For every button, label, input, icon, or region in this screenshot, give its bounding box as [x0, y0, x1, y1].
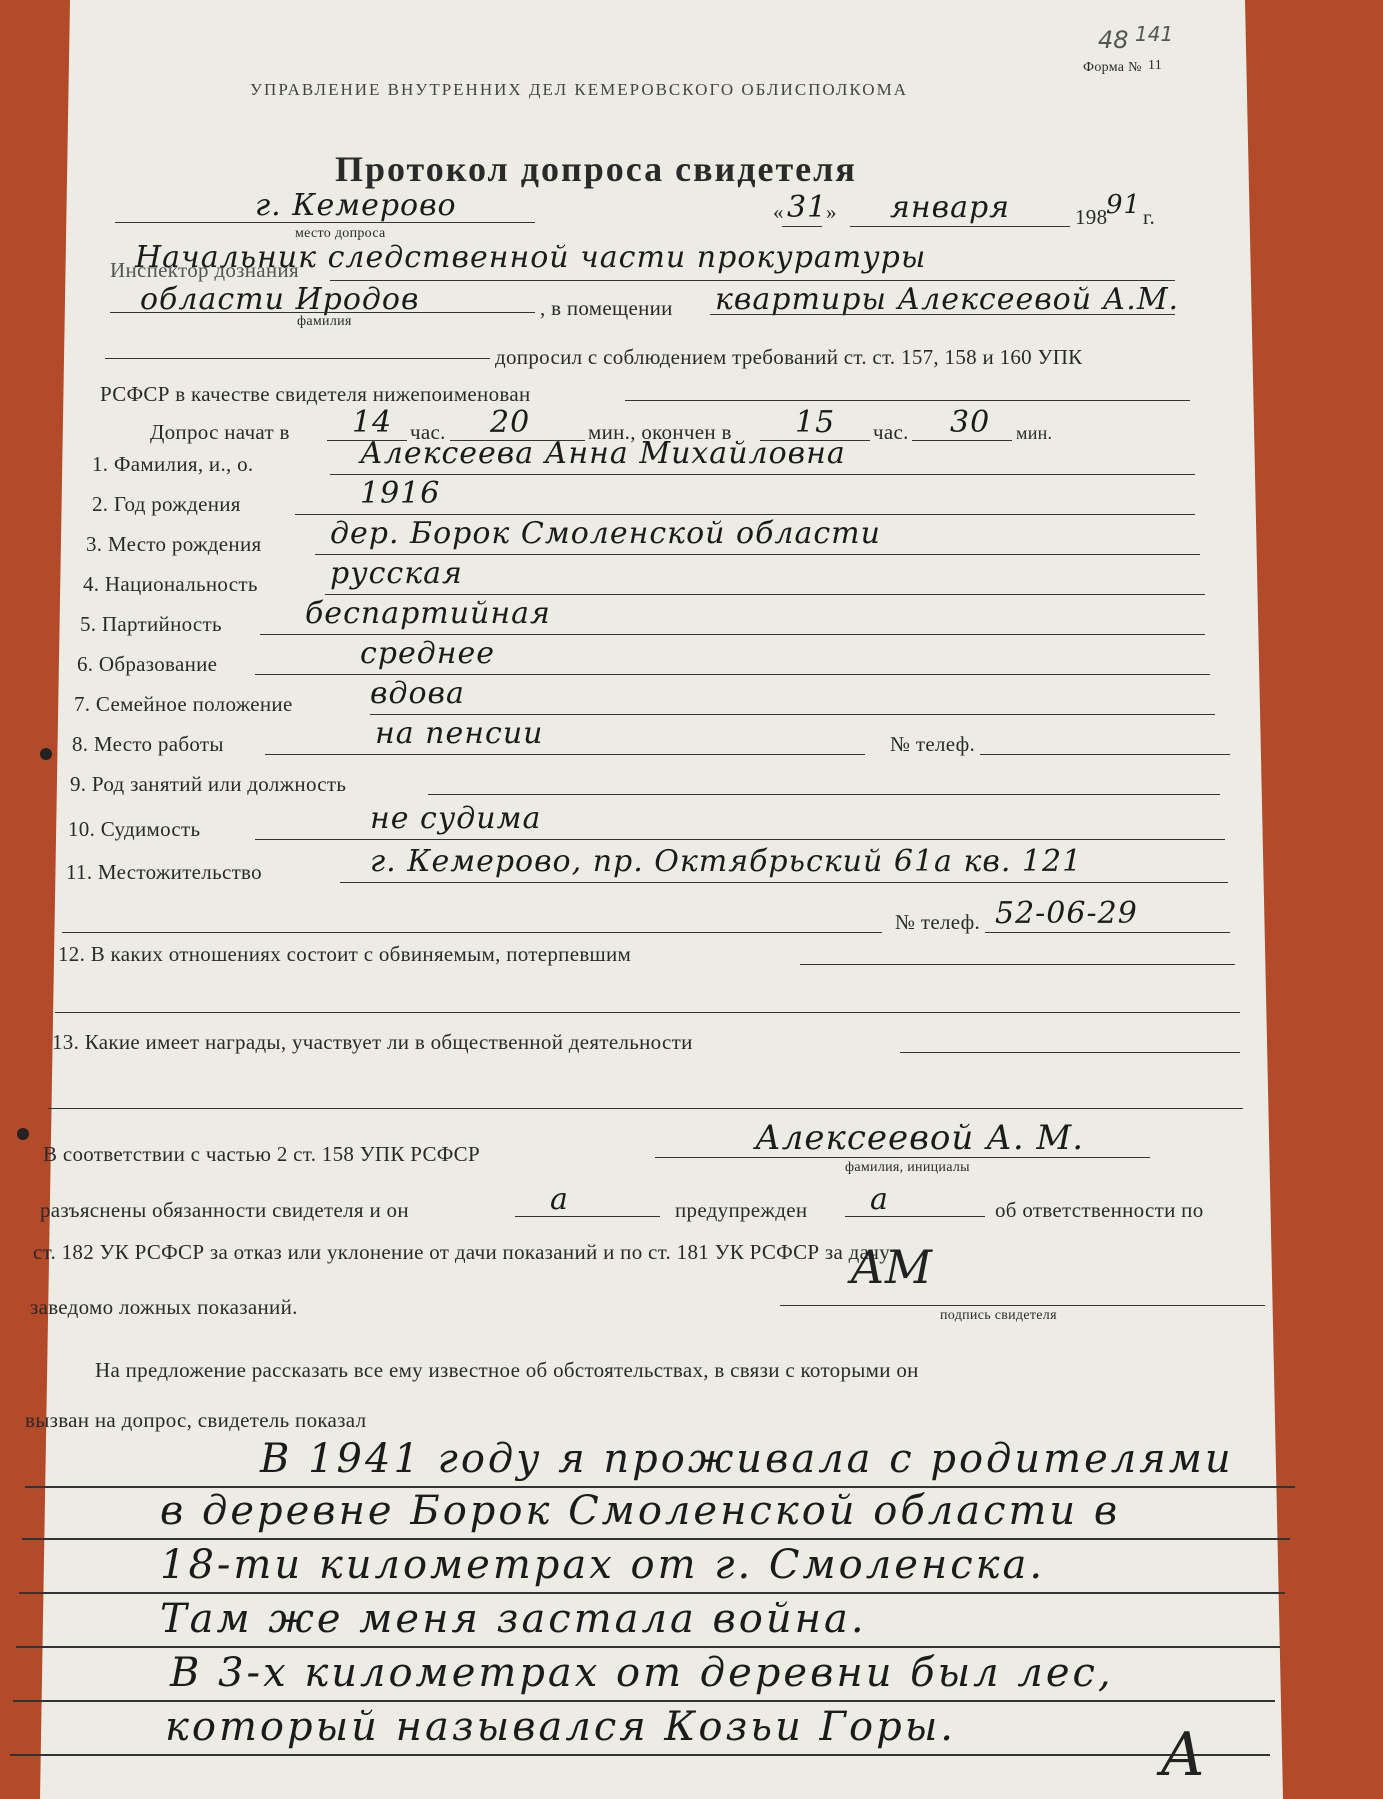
field-value: не судима	[370, 801, 541, 836]
agency-header: УПРАВЛЕНИЕ ВНУТРЕННИХ ДЕЛ КЕМЕРОВСКОГО О…	[250, 80, 908, 100]
interrogated-text: допросил с соблюдением требований ст. ст…	[495, 345, 1082, 370]
rights-line2: ст. 182 УК РСФСР за отказ или уклонение …	[33, 1240, 890, 1265]
signature-caption: подпись свидетеля	[940, 1308, 1057, 1324]
field-value: г. Кемерово, пр. Октябрьский 61а кв. 121	[370, 844, 1082, 879]
testimony-line: в деревне Борок Смоленской области в	[160, 1488, 1120, 1534]
year-suffix: 91	[1106, 190, 1141, 220]
end-minute: 30	[950, 405, 990, 440]
phone-value: 52-06-29	[995, 896, 1138, 931]
field-label: 12. В каких отношениях состоит с обвиняе…	[58, 942, 631, 967]
field-label: 2. Год рождения	[92, 492, 241, 517]
place-value: г. Кемерово	[255, 188, 457, 223]
testimony-line: В 1941 году я проживала с родителями	[260, 1436, 1234, 1482]
date-day: 31	[787, 190, 827, 225]
field-label: 1. Фамилия, и., о.	[92, 452, 253, 477]
field-label: 10. Судимость	[68, 817, 200, 842]
field-label: 13. Какие имеет награды, участвует ли в …	[52, 1030, 693, 1055]
testimony-prompt-line1: На предложение рассказать все ему извест…	[95, 1358, 919, 1383]
testimony-line: который назывался Козьи Горы.	[165, 1704, 956, 1750]
rights-line1b: предупрежден	[675, 1198, 807, 1223]
page-title: Протокол допроса свидетеля	[335, 148, 857, 190]
minute-label-2: мин.	[1016, 423, 1052, 444]
year-unit: г.	[1143, 205, 1155, 230]
field-value: среднее	[360, 636, 495, 671]
phone-label: № телеф.	[895, 910, 980, 935]
surname-caption: фамилия	[297, 314, 352, 330]
field-label: 6. Образование	[77, 652, 217, 677]
field-label: 9. Род занятий или должность	[70, 772, 346, 797]
start-hour: 14	[352, 405, 392, 440]
archive-page-number: 141	[1135, 22, 1173, 46]
field-value: беспартийная	[305, 596, 551, 631]
premises-value: квартиры Алексеевой А.М.	[715, 282, 1179, 317]
started-label: Допрос начат в	[150, 420, 290, 445]
field-value: Алексеева Анна Михайловна	[360, 436, 846, 471]
field-value: на пенсии	[375, 716, 543, 751]
field-value: дер. Борок Смоленской области	[330, 516, 881, 551]
hour-label-2: час.	[873, 420, 909, 445]
field-label: 3. Место рождения	[86, 532, 261, 557]
field-label: 5. Партийность	[80, 612, 222, 637]
testimony-line: В 3-х километрах от деревни был лес,	[170, 1650, 1114, 1696]
testimony-line: 18-ти километрах от г. Смоленска.	[160, 1542, 1045, 1588]
year-prefix: 198	[1075, 205, 1107, 230]
field-value: вдова	[370, 676, 465, 711]
page-signature: А	[1160, 1720, 1205, 1790]
witness-name-genitive: Алексеевой А. М.	[755, 1118, 1084, 1158]
field-label: 8. Место работы	[72, 732, 224, 757]
rights-line1a: разъяснены обязанности свидетеля и он	[40, 1198, 409, 1223]
field-label: 11. Местожительство	[66, 860, 262, 885]
date-month: января	[890, 190, 1010, 225]
phone-label: № телеф.	[890, 732, 975, 757]
name-caption: фамилия, инициалы	[845, 1160, 970, 1176]
end-hour: 15	[795, 405, 835, 440]
rights-line3: заведомо ложных показаний.	[30, 1295, 298, 1320]
rights-intro: В соответствии с частью 2 ст. 158 УПК РС…	[43, 1142, 480, 1167]
premises-label: , в помещении	[540, 296, 673, 321]
inspector-value-line1: Начальник следственной части прокуратуры	[135, 240, 926, 275]
form-number: 11	[1148, 58, 1162, 74]
gender-suffix-2: а	[870, 1182, 889, 1217]
punch-hole-mark	[40, 748, 52, 760]
testimony-prompt-line2: вызван на допрос, свидетель показал	[25, 1408, 366, 1433]
form-label: Форма №	[1083, 60, 1142, 76]
field-value: 1916	[360, 476, 440, 511]
testimony-line: Там же меня застала война.	[160, 1596, 867, 1642]
punch-hole-mark	[17, 1128, 29, 1140]
field-label: 7. Семейное положение	[74, 692, 293, 717]
witness-signature: АМ	[850, 1240, 932, 1294]
gender-suffix-1: а	[550, 1182, 569, 1217]
field-value: русская	[330, 556, 463, 591]
rights-line1c: об ответственности по	[995, 1198, 1204, 1223]
rsfsr-text: РСФСР в качестве свидетеля нижепоименова…	[100, 382, 531, 407]
field-label: 4. Национальность	[83, 572, 258, 597]
start-minute: 20	[490, 405, 530, 440]
archive-note: 48	[1098, 26, 1129, 54]
